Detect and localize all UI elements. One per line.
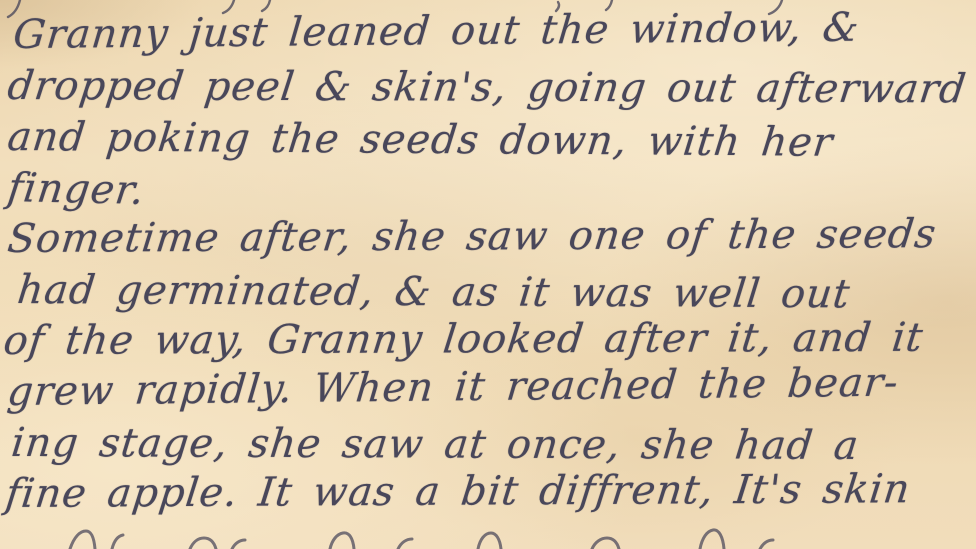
handwritten-line: dropped peel & skin's, going out afterwa… <box>5 61 976 115</box>
letter-body: Granny just leaned out the window, & dro… <box>6 10 976 520</box>
handwritten-line: Granny just leaned out the window, & <box>11 2 976 61</box>
cropped-next-line-tops <box>0 527 976 549</box>
handwritten-line: fine apple. It was a bit diffrent, It's … <box>3 464 976 520</box>
handwritten-page: Granny just leaned out the window, & dro… <box>0 0 976 549</box>
handwritten-line: and poking the seeds down, with her <box>5 112 976 170</box>
handwritten-line: grew rapidly. When it reached the bear- <box>5 357 976 418</box>
handwritten-line: Sometime after, she saw one of the seeds <box>5 209 976 265</box>
